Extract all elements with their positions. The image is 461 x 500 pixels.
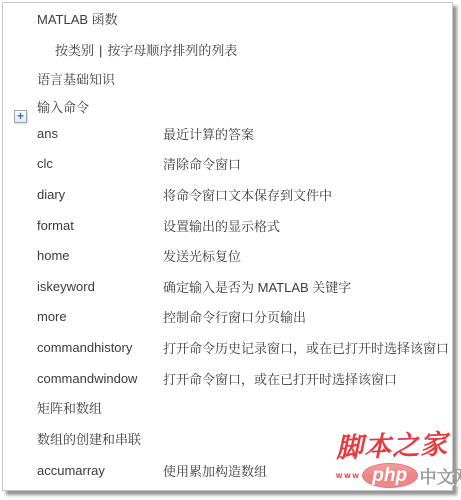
function-table-entering-commands: ans 最近计算的答案 clc 清除命令窗口 diary 将命令窗口文本保存到文…: [37, 118, 442, 393]
table-row: more 控制命令行窗口分页输出: [37, 302, 442, 333]
watermark-site-name: 脚本之家: [335, 428, 458, 464]
function-link[interactable]: commandwindow: [37, 371, 163, 386]
table-row: clc 清除命令窗口: [37, 149, 442, 180]
function-description: 将命令窗口文本保存到文件中: [163, 185, 332, 204]
table-row: commandhistory 打开命令历史记录窗口，或在已打开时选择该窗口: [37, 332, 442, 363]
function-description: 使用累加构造数组: [163, 461, 267, 480]
table-row: ans 最近计算的答案: [37, 118, 442, 149]
function-description: 设置输出的显示格式: [163, 216, 280, 235]
doc-page: MATLAB 函数 按类别|按字母顺序排列的列表 语言基础知识 输入命令 + a…: [0, 0, 461, 500]
table-row: iskeyword 确定输入是否为 MATLAB 关键字: [37, 271, 442, 302]
php-logo-icon: php: [362, 463, 418, 488]
table-row: commandwindow 打开命令窗口，或在已打开时选择该窗口: [37, 363, 442, 394]
section-title-language-fundamentals[interactable]: 语言基础知识: [37, 72, 115, 88]
function-link[interactable]: accumarray: [37, 463, 163, 478]
function-link[interactable]: clc: [37, 156, 163, 171]
page-title: MATLAB 函数: [37, 12, 118, 28]
function-description: 打开命令窗口，或在已打开时选择该窗口: [163, 369, 397, 388]
function-link[interactable]: commandhistory: [37, 340, 163, 355]
function-link[interactable]: more: [37, 309, 163, 324]
function-link[interactable]: diary: [37, 187, 163, 202]
nav-separator: |: [99, 43, 102, 58]
watermark-logo-line: www php 中文网: [336, 463, 458, 488]
function-description: 控制命令行窗口分页输出: [163, 307, 306, 326]
function-description: 确定输入是否为 MATLAB 关键字: [163, 277, 351, 296]
subsection-title-entering-commands[interactable]: 输入命令: [37, 100, 89, 116]
view-switch-nav: 按类别|按字母顺序排列的列表: [55, 43, 237, 59]
watermark: 脚本之家 www php 中文网: [336, 430, 458, 488]
function-description: 发送光标复位: [163, 246, 241, 265]
function-link[interactable]: iskeyword: [37, 279, 163, 294]
expand-icon[interactable]: +: [14, 110, 27, 123]
table-row: diary 将命令窗口文本保存到文件中: [37, 179, 442, 210]
function-description: 打开命令历史记录窗口，或在已打开时选择该窗口: [163, 338, 449, 357]
nav-link-by-category[interactable]: 按类别: [55, 43, 94, 58]
watermark-suffix: 中文网: [420, 463, 461, 488]
function-link[interactable]: home: [37, 248, 163, 263]
nav-link-alphabetical-list[interactable]: 按字母顺序排列的列表: [107, 43, 237, 58]
table-row: home 发送光标复位: [37, 240, 442, 271]
watermark-www-text: www: [336, 471, 361, 480]
function-link[interactable]: format: [37, 218, 163, 233]
function-description: 清除命令窗口: [163, 154, 241, 173]
subsection-title-array-creation[interactable]: 数组的创建和串联: [37, 432, 141, 448]
table-row: format 设置输出的显示格式: [37, 210, 442, 241]
section-title-matrices-arrays[interactable]: 矩阵和数组: [37, 401, 102, 417]
function-link[interactable]: ans: [37, 126, 163, 141]
function-description: 最近计算的答案: [163, 124, 254, 143]
